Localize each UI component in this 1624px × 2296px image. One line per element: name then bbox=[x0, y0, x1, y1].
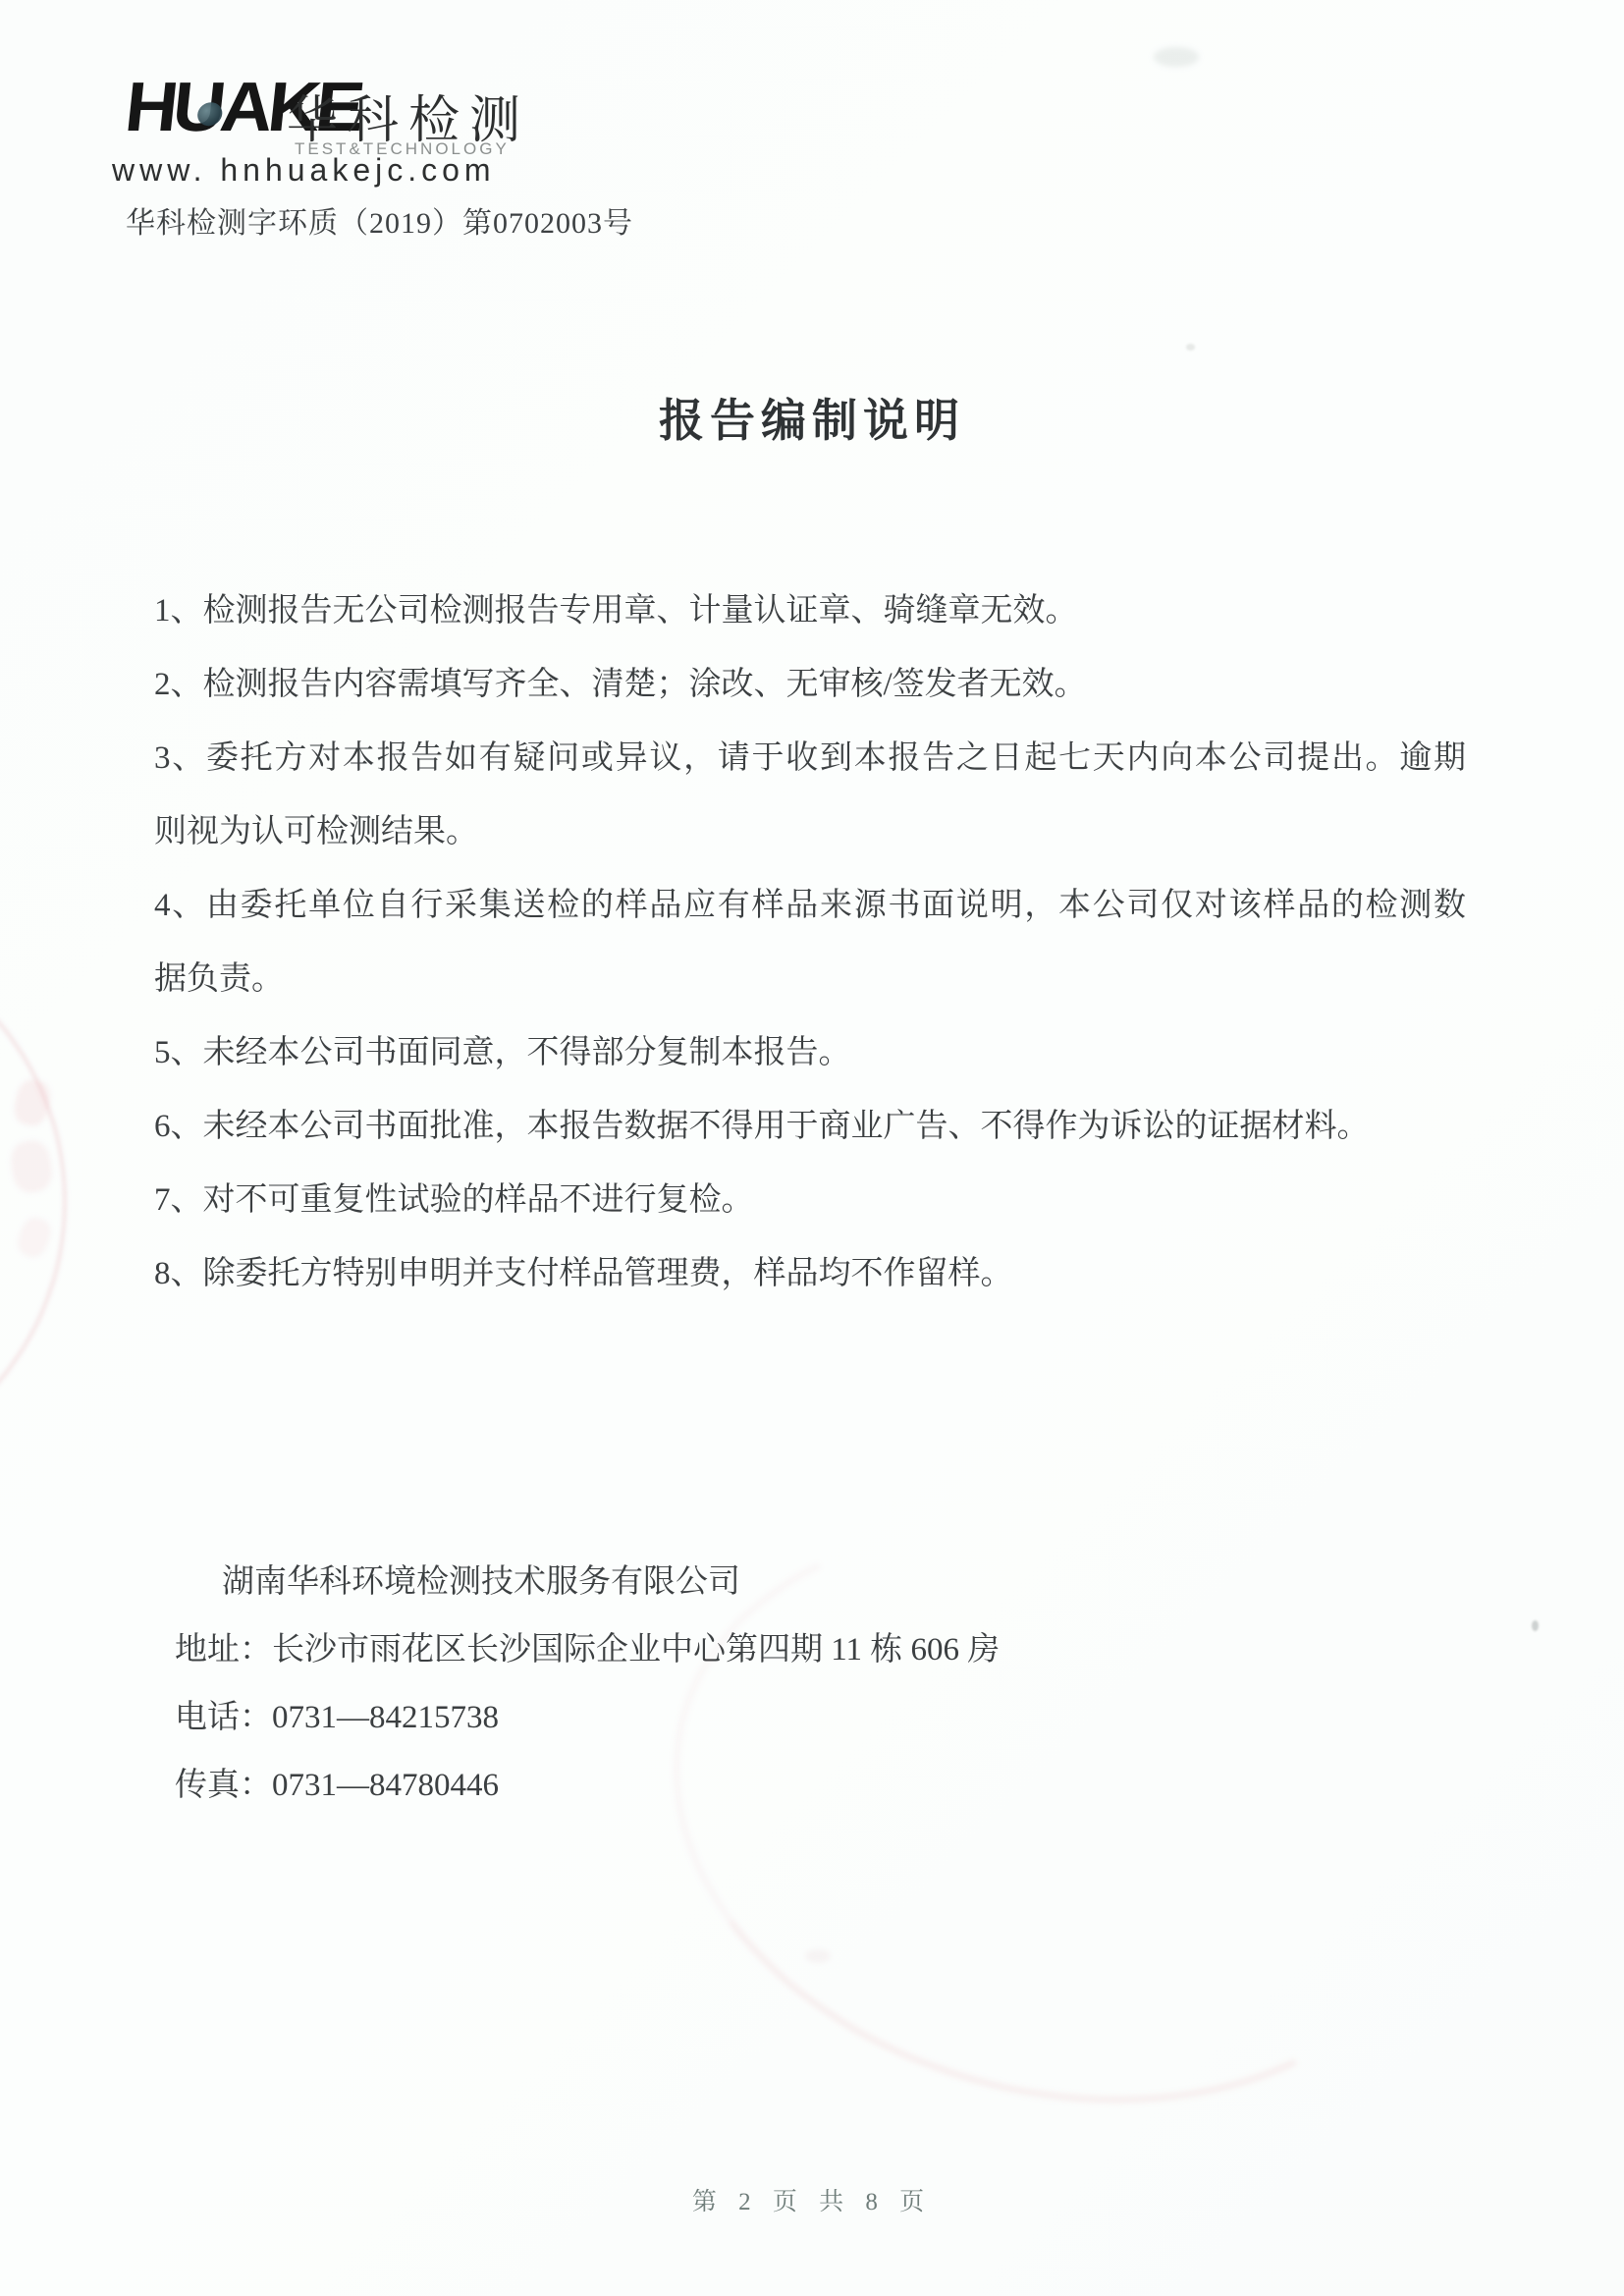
note-line-1: 1、检测报告无公司检测报告专用章、计量认证章、骑缝章无效。 bbox=[154, 574, 1466, 648]
page-title: 报告编制说明 bbox=[0, 385, 1624, 450]
scan-speck bbox=[805, 1949, 831, 1963]
note-line-6: 6、未经本公司书面批准，本报告数据不得用于商业广告、不得作为诉讼的证据材料。 bbox=[154, 1090, 1466, 1164]
scan-speck bbox=[1154, 47, 1199, 67]
note-line-7: 7、对不可重复性试验的样品不进行复检。 bbox=[154, 1164, 1466, 1237]
note-line-3: 3、委托方对本报告如有疑问或异议，请于收到本报告之日起七天内向本公司提出。逾期 bbox=[154, 722, 1466, 795]
report-page: HUAKE 华科检测 TEST&TECHNOLOGY www. hnhuakej… bbox=[0, 0, 1624, 2296]
stamp-arc-bottom bbox=[611, 1446, 1503, 2181]
note-line-3-cont: 则视为认可检测结果。 bbox=[154, 795, 1466, 869]
stamp-arc-left bbox=[0, 923, 67, 1481]
document-number: 华科检测字环质（2019）第0702003号 bbox=[126, 198, 633, 242]
note-line-8: 8、除委托方特别申明并支付样品管理费，样品均不作留样。 bbox=[154, 1237, 1466, 1311]
website-url: www. hnhuakejc.com bbox=[112, 152, 496, 189]
note-line-4-cont: 据负责。 bbox=[154, 943, 1466, 1016]
note-line-2: 2、检测报告内容需填写齐全、清楚；涂改、无审核/签发者无效。 bbox=[154, 648, 1466, 722]
note-line-4: 4、由委托单位自行采集送检的样品应有样品来源书面说明，本公司仅对该样品的检测数 bbox=[154, 869, 1466, 943]
scan-speck bbox=[1532, 1620, 1539, 1631]
note-line-5: 5、未经本公司书面同意，不得部分复制本报告。 bbox=[154, 1016, 1466, 1090]
page-number: 第 2 页 共 8 页 bbox=[0, 2182, 1624, 2217]
notes-list: 1、检测报告无公司检测报告专用章、计量认证章、骑缝章无效。 2、检测报告内容需填… bbox=[154, 574, 1466, 1311]
scan-speck bbox=[1186, 344, 1195, 351]
